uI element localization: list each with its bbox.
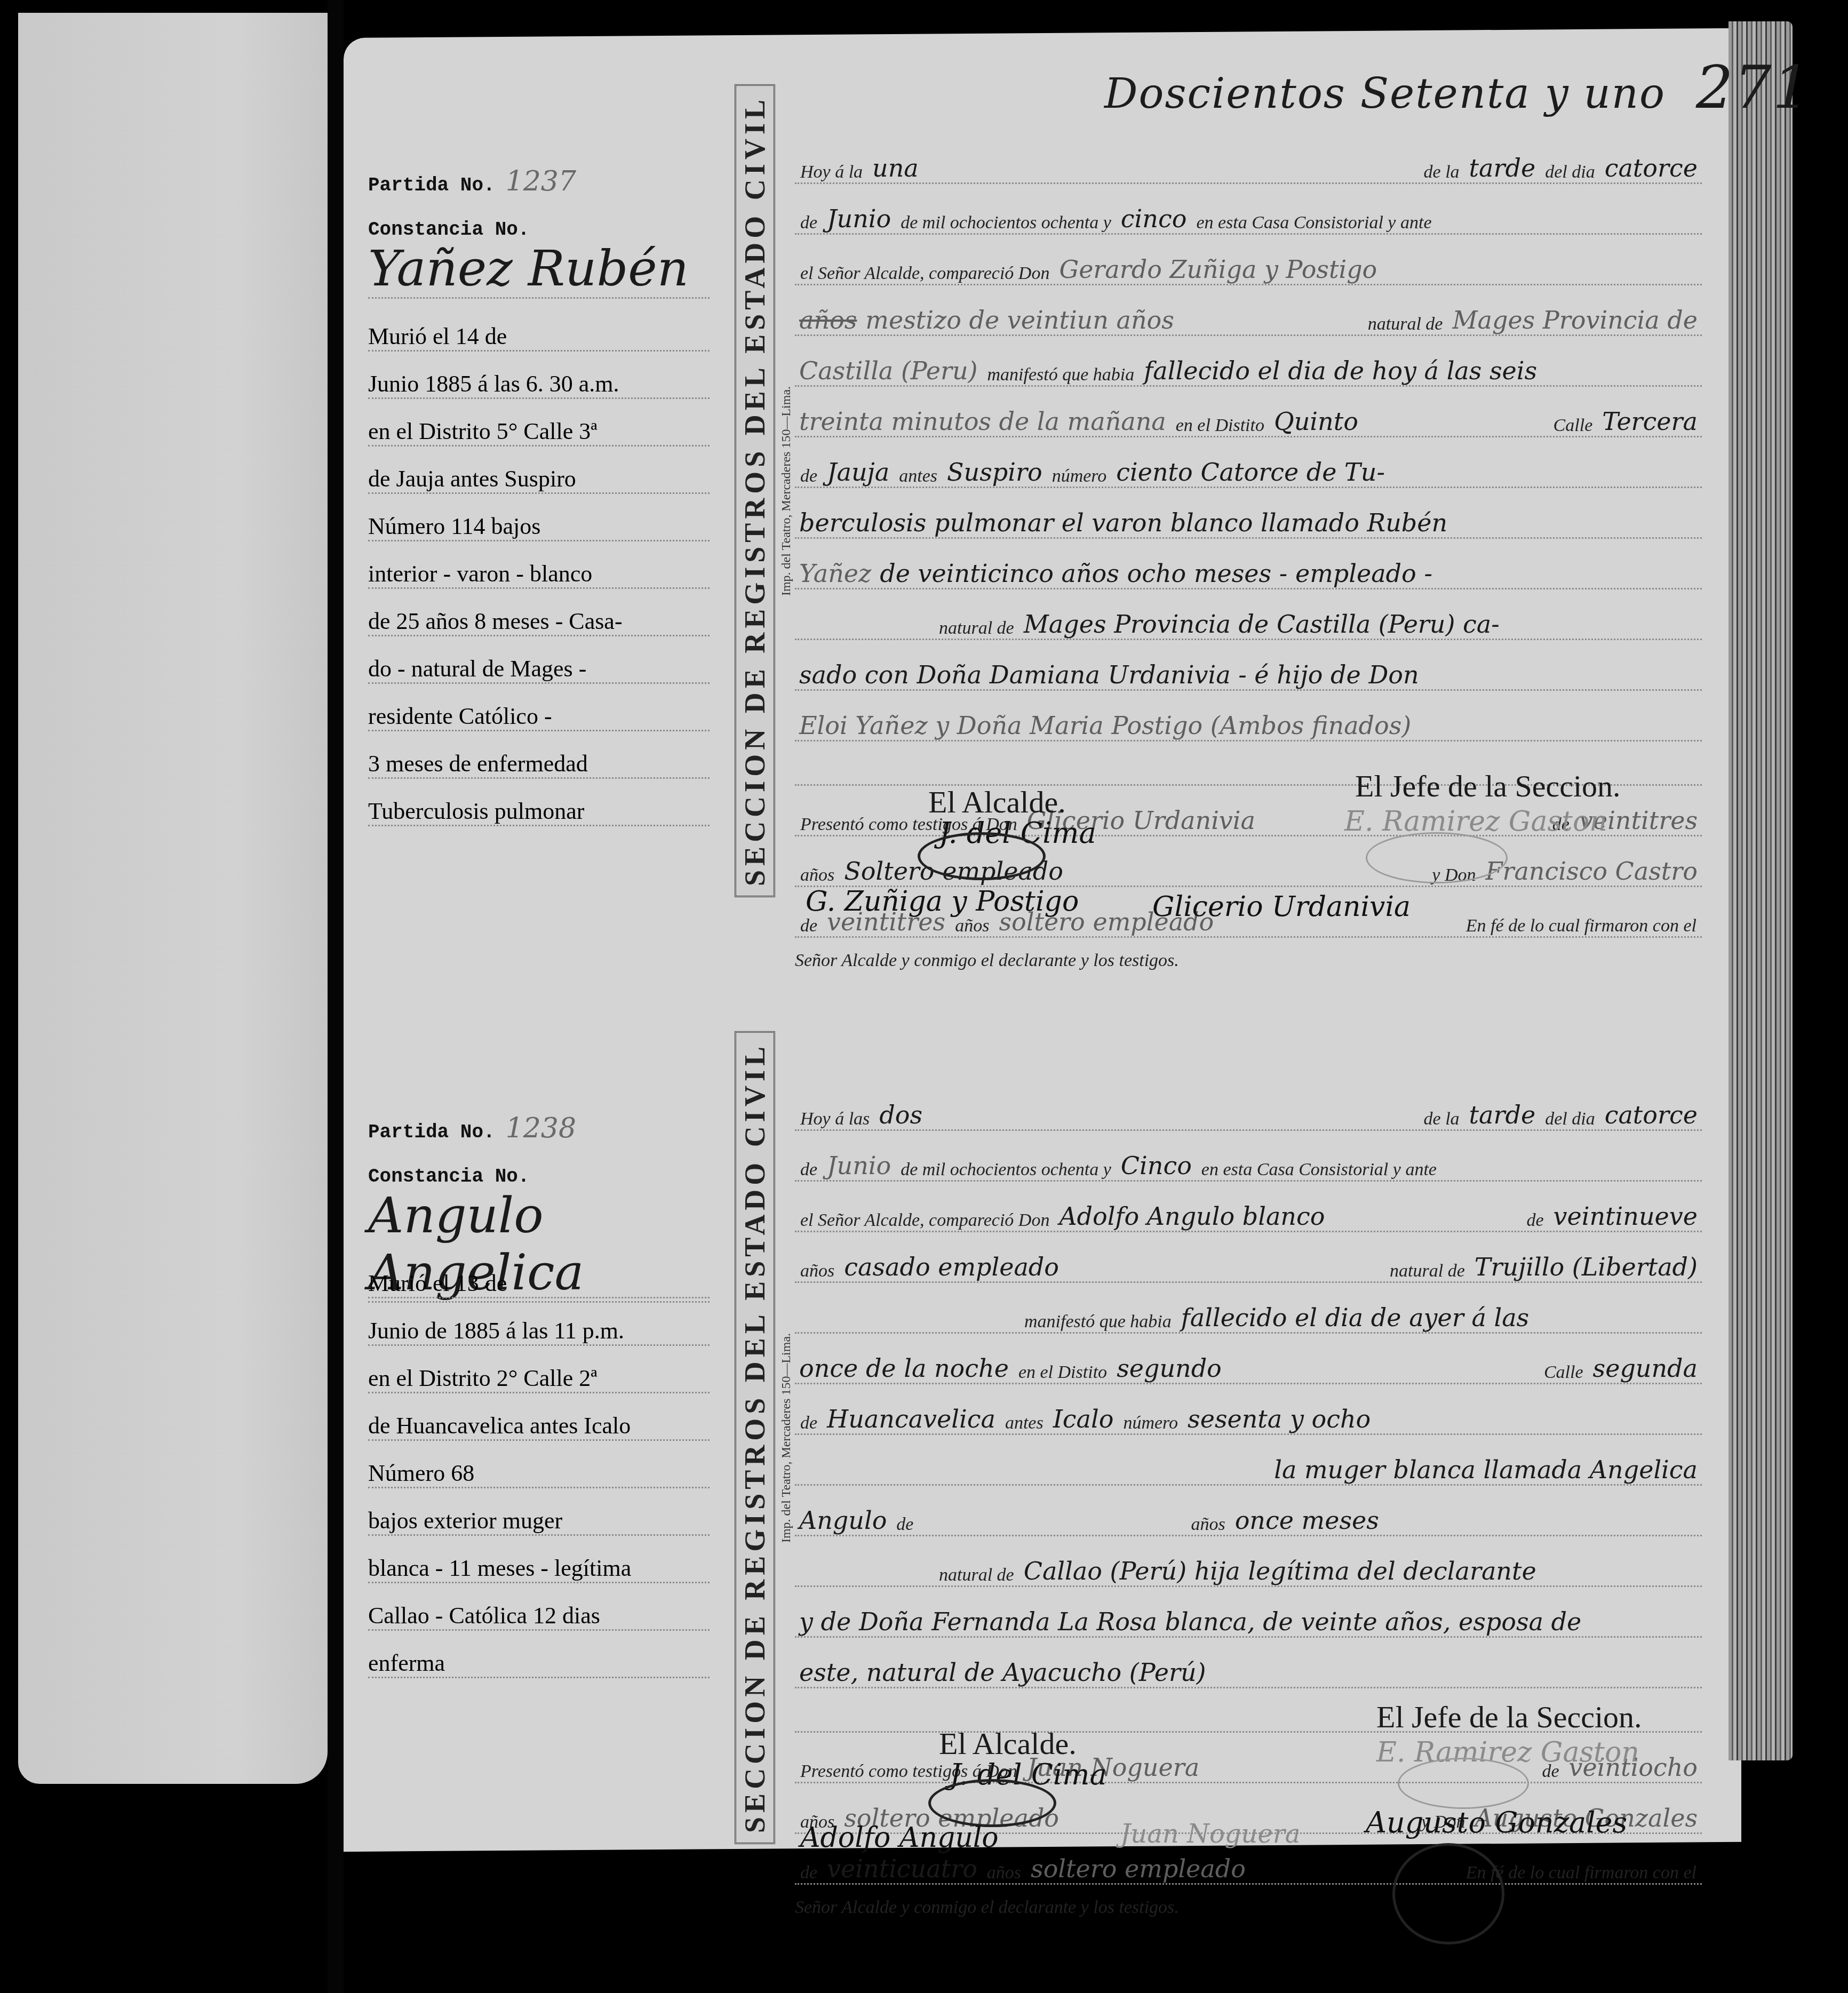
- handwritten-text: Número 68: [368, 1460, 474, 1487]
- alcalde-title: El Alcalde.: [928, 784, 1066, 820]
- body-line: Hoy á lasdosde latardedel diacatorce: [795, 1080, 1702, 1131]
- handwritten-text: bajos exterior muger: [368, 1507, 562, 1534]
- margin-note: blanca - 11 meses - legítima: [368, 1536, 710, 1583]
- handwritten-text: Adolfo Angulo blanco: [1059, 1202, 1325, 1231]
- handwritten-text: Junio de 1885 á las 11 p.m.: [368, 1317, 624, 1344]
- deceased-name: Yañez Rubén: [368, 240, 710, 299]
- printed-text: años: [987, 1863, 1021, 1883]
- handwritten-text: Huancavelica: [827, 1405, 995, 1433]
- printed-text: de mil ochocientos ochenta y: [901, 213, 1111, 233]
- handwritten-text: once de la noche: [799, 1354, 1009, 1383]
- handwritten-text: Trujillo (Libertad): [1475, 1253, 1698, 1281]
- margin-note: Número 114 bajos: [368, 494, 710, 541]
- handwritten-text: en el Distrito 2° Calle 2ª: [368, 1365, 597, 1392]
- jefe-title: El Jefe de la Seccion.: [1376, 1699, 1642, 1735]
- margin-note: Tuberculosis pulmonar: [368, 779, 710, 826]
- margin-notes: Murió el 14 de Junio 1885 á las 6. 30 a.…: [368, 304, 710, 826]
- handwritten-text: veinticuatro: [827, 1854, 977, 1883]
- closing-formula: Señor Alcalde y conmigo el declarante y …: [795, 1898, 1702, 1918]
- body-line: natural deCallao (Perú) hija legítima de…: [795, 1536, 1702, 1587]
- margin-note: Junio 1885 á las 6. 30 a.m.: [368, 352, 710, 399]
- printed-text: de la: [1424, 162, 1460, 182]
- printed-text: manifestó que habia: [987, 365, 1135, 385]
- handwritten-text: Junio 1885 á las 6. 30 a.m.: [368, 370, 619, 397]
- body-line: y de Doña Fernanda La Rosa blanca, de ve…: [795, 1587, 1702, 1638]
- handwritten-text: sesenta y ocho: [1188, 1405, 1371, 1433]
- printed-text: de: [800, 1160, 817, 1180]
- constancia-label: Constancia No.: [368, 219, 529, 241]
- printed-text: antes: [1005, 1413, 1044, 1433]
- margin-note: de Huancavelica antes Icalo: [368, 1393, 710, 1441]
- margin-note: en el Distrito 2° Calle 2ª: [368, 1346, 710, 1393]
- jefe-title: El Jefe de la Seccion.: [1355, 768, 1621, 804]
- margin-note: enferma: [368, 1631, 710, 1678]
- record-body: Hoy á lasdosde latardedel diacatorce deJ…: [795, 1080, 1702, 1918]
- handwritten-text: Callao (Perú) hija legítima del declaran…: [1024, 1557, 1536, 1585]
- handwritten-text: fallecido el dia de ayer á las: [1181, 1303, 1529, 1332]
- printed-text: en el Distito: [1018, 1362, 1107, 1383]
- signature-testigo: Glicerio Urdanivia: [1152, 891, 1411, 923]
- printed-text: número: [1123, 1413, 1178, 1433]
- printed-text: años: [1191, 1514, 1225, 1535]
- handwritten-text: la muger blanca llamada Angelica: [1274, 1455, 1698, 1484]
- body-line: la muger blanca llamada Angelica: [795, 1435, 1702, 1486]
- handwritten-text: Mages Provincia de Castilla (Peru) ca-: [1024, 610, 1500, 639]
- book-gutter: [328, 0, 344, 1993]
- signature-flourish: [1398, 1758, 1529, 1809]
- handwritten-text: Número 114 bajos: [368, 513, 540, 540]
- printed-text: de mil ochocientos ochenta y: [901, 1160, 1111, 1180]
- stamp-text: SECCION DE REGISTROS DEL ESTADO CIVIL: [735, 1031, 775, 1844]
- body-line: treinta minutos de la mañanaen el Distit…: [795, 387, 1702, 437]
- printed-text: natural de: [1390, 1261, 1465, 1281]
- handwritten-text: Icalo: [1053, 1405, 1114, 1433]
- margin-note: bajos exterior muger: [368, 1488, 710, 1536]
- handwritten-text: casado empleado: [844, 1253, 1059, 1281]
- partida-line: Partida No. 1237: [368, 165, 576, 197]
- constancia-line: Constancia No.: [368, 219, 529, 241]
- handwritten-text: de Huancavelica antes Icalo: [368, 1412, 631, 1439]
- margin-note: residente Católico -: [368, 684, 710, 731]
- handwritten-text: de Jauja antes Suspiro: [368, 465, 576, 492]
- printed-text: en esta Casa Consistorial y ante: [1201, 1160, 1437, 1180]
- printer-imprint: Imp. del Teatro, Mercaderes 150—Lima.: [776, 123, 798, 859]
- body-line: once de la nocheen el DistitosegundoCall…: [795, 1334, 1702, 1384]
- margin-note: Junio de 1885 á las 11 p.m.: [368, 1298, 710, 1346]
- printed-text: natural de: [939, 618, 1014, 639]
- handwritten-text: Suspiro: [947, 458, 1042, 487]
- stamp-text: SECCION DE REGISTROS DEL ESTADO CIVIL: [735, 84, 775, 897]
- handwritten-text: soltero empleado: [1031, 1854, 1246, 1883]
- printed-text: natural de: [1368, 314, 1443, 334]
- handwritten-text: Angulo: [799, 1506, 887, 1535]
- printed-text: años: [800, 1261, 834, 1281]
- handwritten-text: Junio: [827, 1151, 891, 1180]
- body-line: el Señor Alcalde, compareció DonGerardo …: [795, 235, 1702, 285]
- handwritten-text: Mages Provincia de: [1452, 306, 1698, 334]
- printed-text: Calle: [1544, 1362, 1583, 1383]
- body-line: añosmestizo de veintiun añosnatural deMa…: [795, 285, 1702, 336]
- closing-formula: Señor Alcalde y conmigo el declarante y …: [795, 951, 1702, 971]
- signature-testigo: Juan Noguera: [1120, 1819, 1300, 1849]
- handwritten-text: tarde: [1469, 1101, 1536, 1129]
- partida-line: Partida No. 1238: [368, 1112, 576, 1144]
- body-line: el Señor Alcalde, compareció DonAdolfo A…: [795, 1182, 1702, 1232]
- margin-note: Murió el 14 de: [368, 304, 710, 352]
- handwritten-text: Gerardo Zuñiga y Postigo: [1059, 255, 1377, 284]
- handwritten-text: fallecido el dia de hoy á las seis: [1144, 356, 1537, 385]
- body-line: Angulodeañosonce meses: [795, 1486, 1702, 1536]
- margin-note: Murió el 13 de: [368, 1251, 710, 1298]
- margin-note: do - natural de Mages -: [368, 636, 710, 684]
- page-number-header: Doscientos Setenta y uno 271: [1104, 53, 1811, 122]
- registry-stamp: SECCION DE REGISTROS DEL ESTADO CIVIL: [726, 123, 784, 859]
- printed-text: en el Distito: [1176, 416, 1264, 436]
- handwritten-text: do - natural de Mages -: [368, 655, 586, 682]
- signature-flourish: [1392, 1843, 1504, 1944]
- signature-flourish: [928, 1779, 1056, 1827]
- constancia-label: Constancia No.: [368, 1166, 529, 1187]
- signature-flourish: [1366, 832, 1508, 883]
- margin-note: 3 meses de enfermedad: [368, 731, 710, 779]
- printed-text: número: [1052, 466, 1107, 487]
- signature-flourish: [918, 832, 1046, 880]
- handwritten-text: Francisco Castro: [1485, 857, 1698, 886]
- partida-number: 1238: [506, 1112, 576, 1144]
- body-line: añoscasado empleadonatural deTrujillo (L…: [795, 1232, 1702, 1283]
- handwritten-text: este, natural de Ayacucho (Perú): [799, 1658, 1206, 1687]
- printed-text: años: [955, 916, 989, 936]
- signature-declarante: Adolfo Angulo: [800, 1822, 999, 1854]
- partida-label: Partida No.: [368, 174, 495, 196]
- printed-text: de: [1526, 1210, 1543, 1231]
- handwritten-text: segundo: [1117, 1354, 1222, 1383]
- body-line: deJaujaantesSuspironúmerociento Catorce …: [795, 437, 1702, 488]
- body-line: Hoy á launade latardedel diacatorce: [795, 133, 1702, 184]
- handwritten-text: años: [799, 306, 857, 334]
- margin-note: Número 68: [368, 1441, 710, 1488]
- handwritten-text: de veinticinco años ocho meses - emplead…: [880, 559, 1432, 588]
- handwritten-text: Tuberculosis pulmonar: [368, 798, 584, 825]
- handwritten-text: berculosis pulmonar el varon blanco llam…: [799, 508, 1447, 537]
- margin-note: en el Distrito 5° Calle 3ª: [368, 399, 710, 447]
- body-line: deHuancavelicaantesIcalonúmerosesenta y …: [795, 1384, 1702, 1435]
- handwritten-text: catorce: [1605, 154, 1698, 182]
- signature-declarante: G. Zuñiga y Postigo: [806, 886, 1079, 918]
- registry-stamp: SECCION DE REGISTROS DEL ESTADO CIVIL: [726, 1070, 784, 1806]
- handwritten-text: Castilla (Peru): [799, 356, 978, 385]
- body-line: berculosis pulmonar el varon blanco llam…: [795, 488, 1702, 539]
- handwritten-text: Cinco: [1121, 1151, 1192, 1180]
- printed-text: el Señor Alcalde, compareció Don: [800, 264, 1049, 284]
- handwritten-text: once meses: [1235, 1506, 1379, 1535]
- margin-note: de Jauja antes Suspiro: [368, 447, 710, 494]
- signature-jefe: E. Ramirez Gaston: [1376, 1736, 1639, 1768]
- handwritten-text: Callao - Católica 12 dias: [368, 1602, 600, 1629]
- handwritten-text: en el Distrito 5° Calle 3ª: [368, 418, 597, 445]
- printed-text: Hoy á la: [800, 162, 863, 182]
- handwritten-text: Murió el 13 de: [368, 1270, 507, 1297]
- handwritten-text: blanca - 11 meses - legítima: [368, 1554, 631, 1582]
- partida-label: Partida No.: [368, 1121, 495, 1143]
- body-line: natural deMages Provincia de Castilla (P…: [795, 589, 1702, 640]
- printed-text: en esta Casa Consistorial y ante: [1196, 213, 1431, 233]
- printed-text: antes: [899, 466, 937, 487]
- printed-text: de: [800, 916, 817, 936]
- handwritten-text: Quinto: [1274, 407, 1358, 436]
- handwritten-text: catorce: [1605, 1101, 1698, 1129]
- printed-text: manifestó que habia: [1024, 1312, 1172, 1332]
- handwritten-text: cinco: [1121, 204, 1187, 233]
- printed-text: Hoy á las: [800, 1109, 870, 1129]
- handwritten-text: segunda: [1593, 1354, 1698, 1383]
- printed-text: del dia: [1545, 1109, 1595, 1129]
- handwritten-text: mestizo de veintiun años: [865, 306, 1174, 334]
- page-edges: [1728, 21, 1793, 1760]
- handwritten-text: Yañez: [799, 559, 871, 588]
- signature-jefe: E. Ramirez Gaston: [1344, 806, 1607, 838]
- handwritten-text: Jauja: [827, 458, 889, 487]
- handwritten-text: Tercera: [1602, 407, 1698, 436]
- constancia-line: Constancia No.: [368, 1166, 529, 1187]
- handwritten-text: ciento Catorce de Tu-: [1116, 458, 1385, 487]
- handwritten-text: treinta minutos de la mañana: [799, 407, 1166, 436]
- body-line: Castilla (Peru)manifestó que habiafallec…: [795, 336, 1702, 387]
- body-line: deJuniode mil ochocientos ochenta yCinco…: [795, 1131, 1702, 1182]
- page-number-words: Doscientos Setenta y uno: [1104, 70, 1666, 118]
- printed-text: de: [800, 1413, 817, 1433]
- alcalde-title: El Alcalde.: [939, 1726, 1077, 1761]
- margin-note: Callao - Católica 12 dias: [368, 1583, 710, 1631]
- handwritten-text: enferma: [368, 1649, 445, 1677]
- printed-text: de la: [1424, 1109, 1460, 1129]
- signature-testigo-2: Augusto Gonzales: [1366, 1806, 1627, 1839]
- printer-imprint: Imp. del Teatro, Mercaderes 150—Lima.: [776, 1070, 798, 1806]
- handwritten-text: sado con Doña Damiana Urdanivia - é hijo…: [799, 660, 1419, 689]
- handwritten-text: residente Católico -: [368, 703, 552, 730]
- handwritten-text: una: [872, 154, 919, 182]
- printed-text: del dia: [1545, 162, 1595, 182]
- body-line: manifestó que habiafallecido el dia de a…: [795, 1283, 1702, 1334]
- body-line: deJuniode mil ochocientos ochenta ycinco…: [795, 184, 1702, 235]
- handwritten-text: Eloi Yañez y Doña Maria Postigo (Ambos f…: [799, 711, 1411, 740]
- handwritten-text: y de Doña Fernanda La Rosa blanca, de ve…: [799, 1607, 1581, 1636]
- body-line: sado con Doña Damiana Urdanivia - é hijo…: [795, 640, 1702, 691]
- printed-text: de: [896, 1514, 913, 1535]
- printed-text: Calle: [1554, 416, 1593, 436]
- handwritten-text: tarde: [1469, 154, 1536, 182]
- handwritten-text: 3 meses de enfermedad: [368, 750, 588, 777]
- handwritten-text: Murió el 14 de: [368, 323, 507, 350]
- printed-text: años: [800, 865, 834, 886]
- printed-text: En fé de lo cual firmaron con el: [1466, 916, 1696, 936]
- handwritten-text: dos: [879, 1101, 922, 1129]
- body-line: este, natural de Ayacucho (Perú): [795, 1638, 1702, 1688]
- printed-text: natural de: [939, 1565, 1014, 1585]
- handwritten-text: interior - varon - blanco: [368, 560, 592, 587]
- printed-text: de: [800, 213, 817, 233]
- body-line: Eloi Yañez y Doña Maria Postigo (Ambos f…: [795, 691, 1702, 742]
- handwritten-text: Junio: [827, 204, 891, 233]
- handwritten-text: veintinueve: [1554, 1202, 1698, 1231]
- margin-note: interior - varon - blanco: [368, 541, 710, 589]
- left-page-blank: [18, 13, 328, 1784]
- body-line: Yañezde veinticinco años ocho meses - em…: [795, 539, 1702, 589]
- partida-number: 1237: [506, 165, 576, 197]
- margin-notes: Murió el 13 de Junio de 1885 á las 11 p.…: [368, 1251, 710, 1678]
- printed-text: de: [800, 466, 817, 487]
- printed-text: de: [800, 1863, 817, 1883]
- printed-text: el Señor Alcalde, compareció Don: [800, 1210, 1049, 1231]
- page-number: 271: [1696, 53, 1811, 122]
- handwritten-text: de 25 años 8 meses - Casa-: [368, 608, 623, 635]
- margin-note: de 25 años 8 meses - Casa-: [368, 589, 710, 636]
